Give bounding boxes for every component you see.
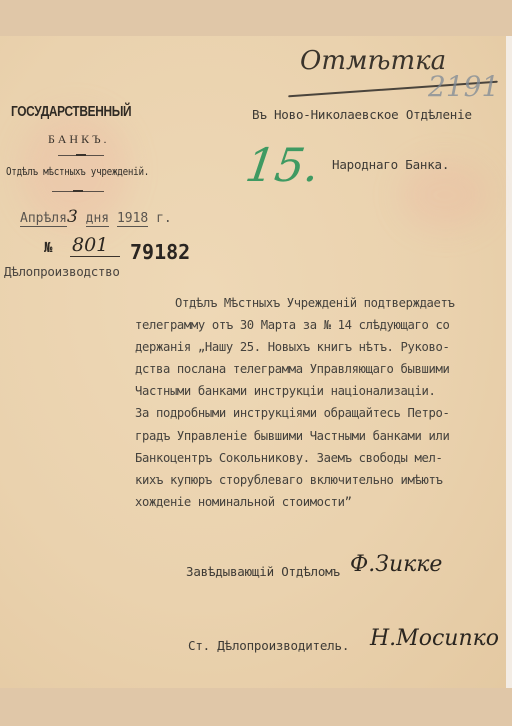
- senior-clerk-label: Ст. Дѣлопроизводитель.: [188, 638, 349, 653]
- stamped-number: 79182: [130, 240, 190, 264]
- pencil-annotation: 2191: [428, 70, 499, 103]
- green-ink-number: 15.: [242, 138, 323, 192]
- body-line: Отдѣлъ Мѣстныхъ Учрежденій подтверждаетъ: [135, 292, 505, 314]
- letter-body: Отдѣлъ Мѣстныхъ Учрежденій подтверждаетъ…: [135, 292, 505, 513]
- date-month: Апрѣля: [20, 211, 67, 227]
- letterhead-institution-sub: БАНКЪ.: [48, 132, 110, 147]
- body-line: телеграмму отъ 30 Марта за № 14 слѣдующа…: [135, 314, 505, 336]
- handwritten-number: 801: [70, 234, 120, 257]
- body-line: хожденіе номинальной стоимости”: [135, 491, 505, 513]
- body-line: За подробными инструкціями обращайтесь П…: [135, 402, 505, 424]
- head-of-department-signature: Ф.Зикке: [350, 552, 442, 577]
- number-prefix: №: [44, 240, 52, 256]
- head-of-department-label: Завѣдывающій Отдѣломъ: [186, 564, 340, 579]
- letterhead-divider: [52, 191, 104, 192]
- body-line: Частными банками инструкціи націонализац…: [135, 380, 505, 402]
- addressee-line-1: Въ Ново-Николаевское Отдѣленіе: [252, 107, 472, 122]
- date-day-word: дня: [86, 211, 109, 227]
- body-line: градъ Управленіе бывшими Частными банкам…: [135, 425, 505, 447]
- body-line: Банкоцентръ Сокольникову. Заемъ свободы …: [135, 447, 505, 469]
- date-day: 3: [67, 207, 78, 227]
- body-line: дства послана телеграмма Управляющаго бы…: [135, 358, 505, 380]
- paper-edge: [506, 36, 512, 688]
- letter-date: Апрѣля3 дня 1918 г.: [20, 207, 172, 227]
- senior-clerk-signature: Н.Мосипко: [370, 626, 499, 651]
- body-line: держанія „Нашу 25. Новыхъ книгъ нѣтъ. Ру…: [135, 336, 505, 358]
- letterhead-divider: [58, 155, 104, 156]
- office-label: Дѣлопроизводство: [4, 264, 120, 279]
- date-year: 1918: [117, 211, 148, 227]
- body-line: кихъ купюръ сторублеваго включительно им…: [135, 469, 505, 491]
- letterhead-department: Отдѣлъ мѣстныхъ учрежденій.: [6, 166, 149, 178]
- letterhead-institution: ГОСУДАРСТВЕННЫЙ: [11, 104, 131, 120]
- addressee-line-2: Народнаго Банка.: [332, 157, 449, 172]
- top-signature: Отмѣтка: [300, 46, 446, 76]
- date-suffix: г.: [156, 211, 172, 226]
